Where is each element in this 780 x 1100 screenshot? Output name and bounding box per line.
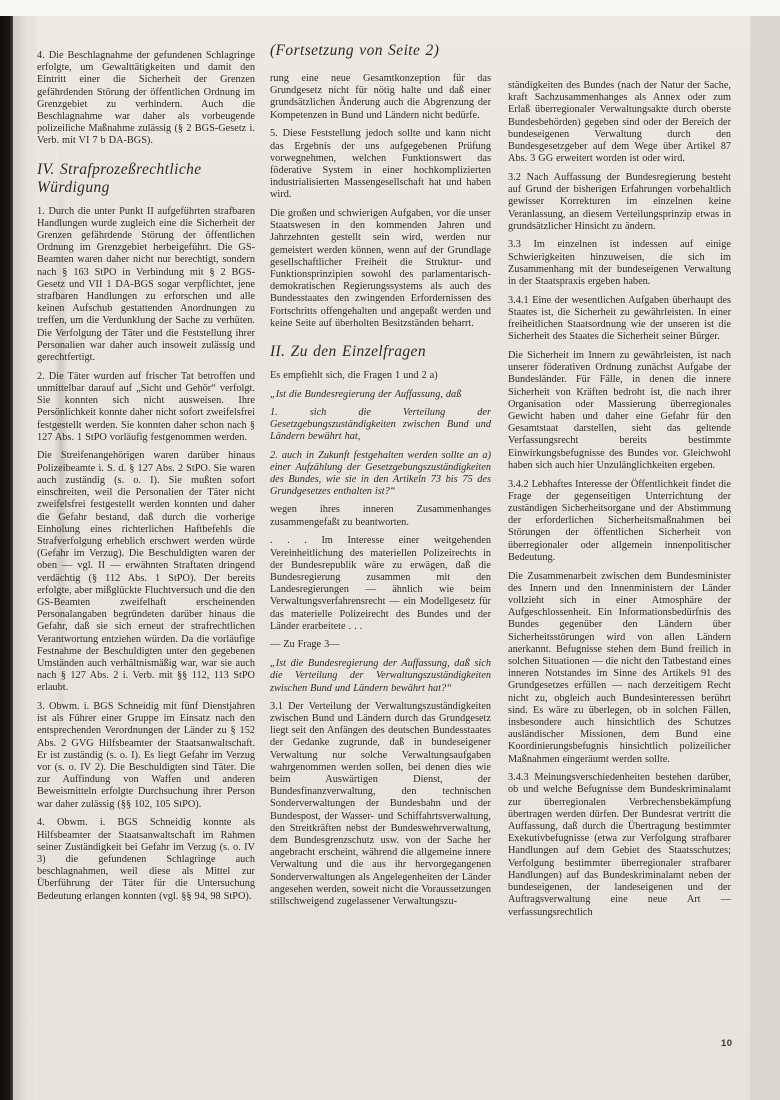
paragraph: „Ist die Bundesregierung der Auffassung,… xyxy=(270,658,491,695)
paragraph: Die großen und schwierigen Aufgaben, vor… xyxy=(270,208,491,330)
paragraph: 1. Durch die unter Punkt II aufgeführten… xyxy=(37,206,255,365)
paragraph: Die Sicherheit im Innern zu gewährleiste… xyxy=(508,350,731,472)
paragraph: 1. sich die Verteilung der Gesetzgebungs… xyxy=(270,407,491,444)
column-left: 4. Die Beschlagnahme der gefundenen Schl… xyxy=(37,50,255,909)
paragraph: 4. Die Beschlagnahme der gefundenen Schl… xyxy=(37,50,255,148)
section-heading: IV. Strafprozeßrechtliche Würdigung xyxy=(37,161,255,197)
page-number: 10 xyxy=(721,1038,733,1049)
paper-left-edge xyxy=(13,16,37,1100)
paragraph: 5. Diese Feststellung jedoch sollte und … xyxy=(270,128,491,201)
paragraph: 3. Obwm. i. BGS Schneidig mit fünf Diens… xyxy=(37,701,255,811)
scan-top-edge xyxy=(0,0,780,16)
column-middle: (Fortsetzung von Seite 2)rung eine neue … xyxy=(270,42,491,915)
paragraph: . . . Im Interesse einer weitgehenden Ve… xyxy=(270,535,491,633)
section-heading: (Fortsetzung von Seite 2) xyxy=(270,42,491,60)
scan-right-margin xyxy=(750,16,780,1100)
section-heading: II. Zu den Einzelfragen xyxy=(270,343,491,361)
paragraph: 3.1 Der Verteilung der Verwaltungszustän… xyxy=(270,701,491,908)
paragraph: — Zu Frage 3— xyxy=(270,639,491,651)
paragraph: 2. auch in Zukunft festgehalten werden s… xyxy=(270,450,491,499)
paragraph: Die Zusammenarbeit zwischen dem Bundesmi… xyxy=(508,571,731,766)
paragraph: 3.4.1 Eine der wesentlichen Aufgaben übe… xyxy=(508,295,731,344)
paragraph: Die Streifenangehörigen waren darüber hi… xyxy=(37,450,255,694)
paragraph: wegen ihres inneren Zusammenhanges zusam… xyxy=(270,504,491,528)
paragraph: 4. Obwm. i. BGS Schneidig konnte als Hil… xyxy=(37,817,255,902)
paragraph: „Ist die Bundesregierung der Auffassung,… xyxy=(270,389,491,401)
paragraph: ständigkeiten des Bundes (nach der Natur… xyxy=(508,80,731,165)
paragraph: 3.4.2 Lebhaftes Interesse der Öffentlich… xyxy=(508,479,731,564)
paragraph: rung eine neue Gesamtkonzeption für das … xyxy=(270,73,491,122)
column-right: ständigkeiten des Bundes (nach der Natur… xyxy=(508,80,731,925)
paragraph: 3.2 Nach Auffassung der Bundesregierung … xyxy=(508,172,731,233)
paragraph: 2. Die Täter wurden auf frischer Tat bet… xyxy=(37,371,255,444)
scanned-page: 4. Die Beschlagnahme der gefundenen Schl… xyxy=(0,0,780,1100)
paragraph: Es empfiehlt sich, die Fragen 1 und 2 a) xyxy=(270,370,491,382)
paragraph: 3.4.3 Meinungsverschiedenheiten bestehen… xyxy=(508,772,731,918)
paragraph: 3.3 Im einzelnen ist indessen auf einige… xyxy=(508,239,731,288)
binding-edge xyxy=(0,16,13,1100)
